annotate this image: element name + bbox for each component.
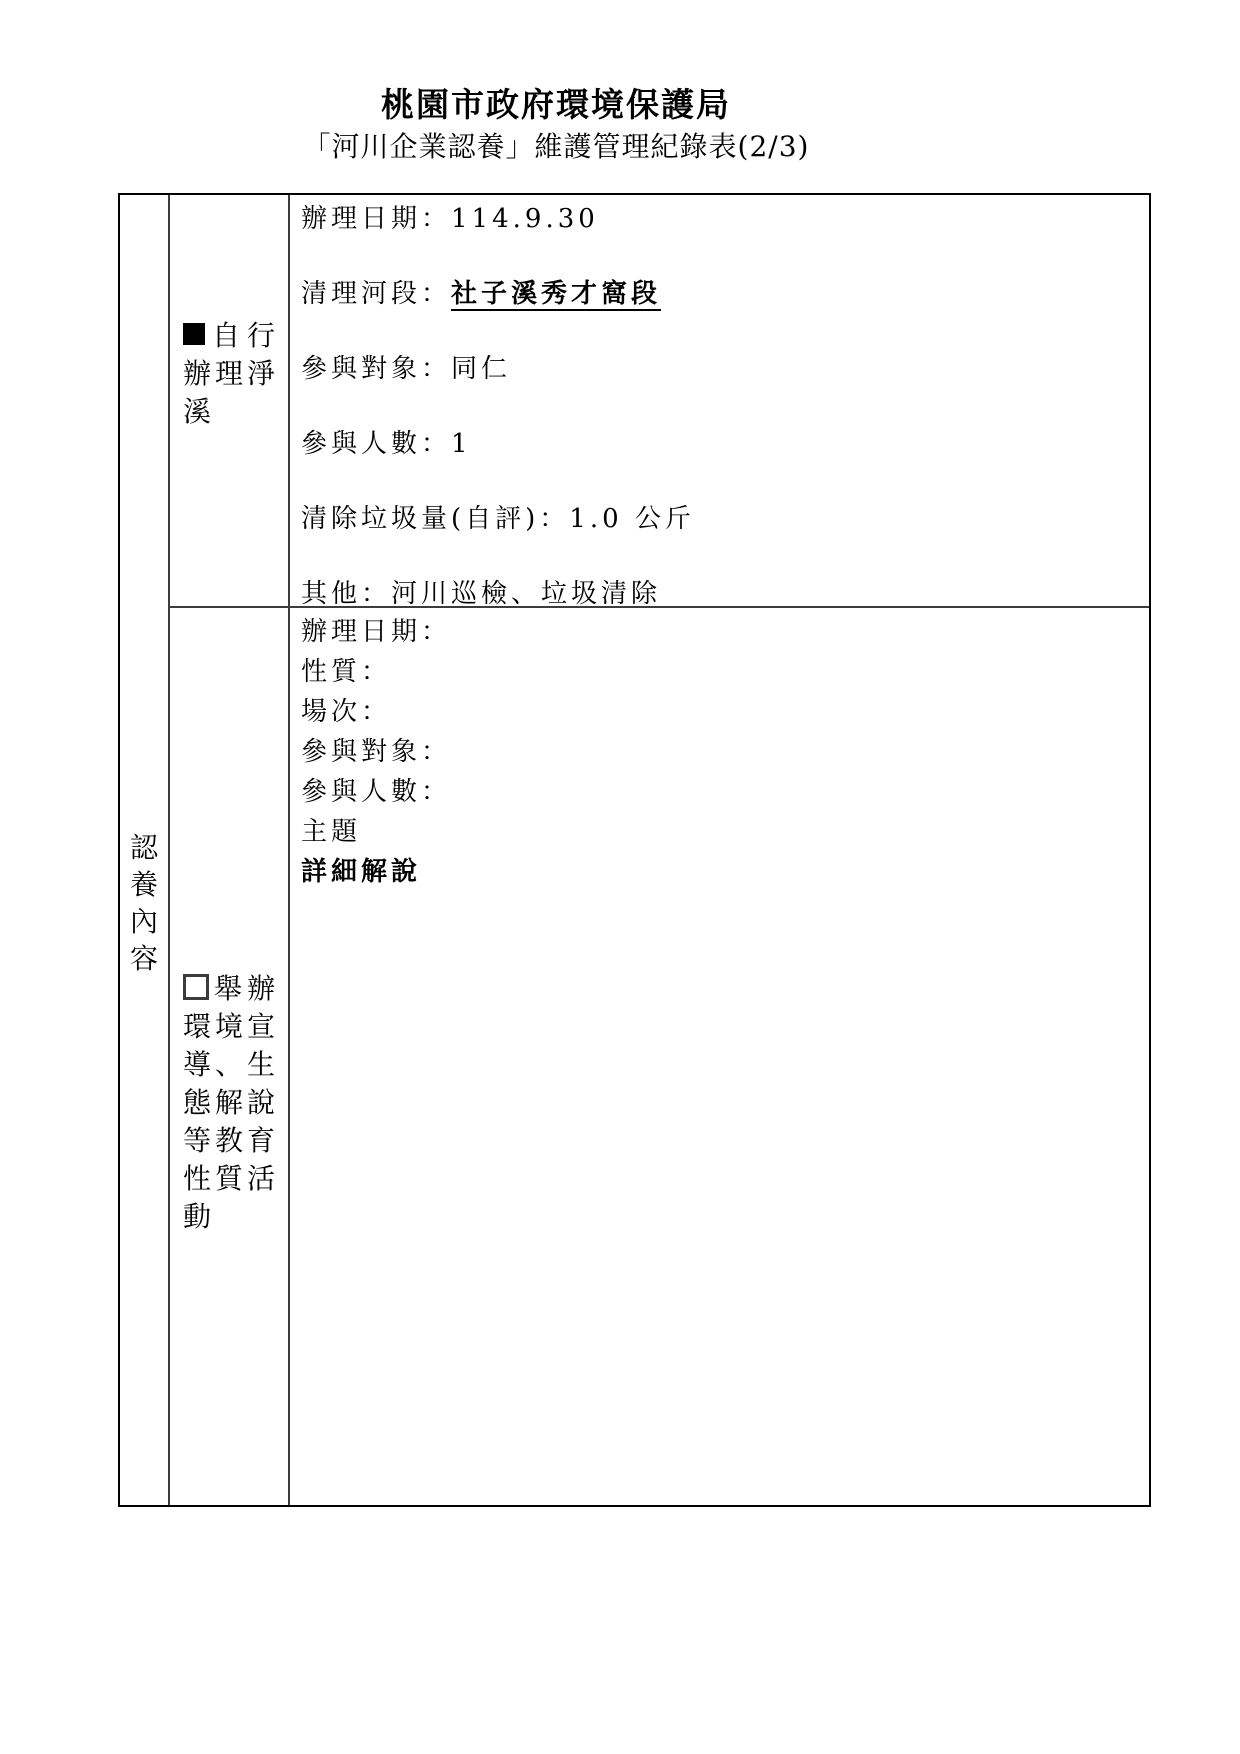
field-value: 1 (451, 429, 472, 459)
field-label: 參與人數： (301, 429, 451, 459)
field-line: 參與對象：同仁 (301, 352, 1133, 386)
document-heading: 桃園市政府環境保護局 「河川企業認養」維護管理紀錄表(2/3) (0, 0, 1112, 166)
field-line: 主題 (301, 812, 1133, 852)
record-table: 認 養 內 容 自行 辦理淨 溪 辦理日期：114.9.30 清理河段：社子 (118, 193, 1151, 1507)
field-line: 參與對象： (301, 732, 1133, 772)
type-label-line: 溪 (183, 391, 275, 429)
type-label-line: 動 (183, 1196, 275, 1234)
field-label: 參與對象： (301, 354, 451, 384)
category-char: 容 (120, 940, 168, 977)
category-char: 認 (120, 829, 168, 866)
page-title: 桃園市政府環境保護局 (0, 84, 1112, 126)
field-value: 同仁 (451, 354, 511, 384)
field-label: 性質： (301, 657, 391, 687)
field-label: 辦理日期： (301, 204, 451, 234)
field-line: 清理河段：社子溪秀才窩段 (301, 277, 1133, 311)
type-label-line: 環境宣 (183, 1006, 275, 1044)
field-label: 清理河段： (301, 279, 451, 309)
type-label-line: 導、生 (183, 1044, 275, 1082)
field-label: 辦理日期： (301, 617, 451, 647)
field-line: 場次： (301, 692, 1133, 732)
checkbox-unchecked-icon[interactable] (183, 974, 209, 1000)
type-label-line: 態解說 (183, 1082, 275, 1120)
field-label: 詳細解說 (301, 857, 421, 887)
field-line: 詳細解說 (301, 852, 1133, 892)
section2-type-cell: 舉辦 環境宣 導、生 態解說 等教育 性質活 動 (170, 606, 290, 1505)
type-label-line: 等教育 (183, 1120, 275, 1158)
field-value: 1.0 公斤 (569, 504, 695, 534)
field-label: 參與人數： (301, 777, 451, 807)
type-label-line: 辦理淨 (183, 353, 275, 391)
field-value: 114.9.30 (451, 204, 599, 234)
field-line: 參與人數：1 (301, 427, 1133, 461)
checkbox-checked-icon[interactable] (183, 323, 205, 345)
category-char: 內 (120, 903, 168, 940)
section1-type-cell: 自行 辦理淨 溪 (170, 195, 290, 606)
section1-content-cell: 辦理日期：114.9.30 清理河段：社子溪秀才窩段 參與對象：同仁 參與人數：… (290, 195, 1149, 606)
page-subtitle: 「河川企業認養」維護管理紀錄表(2/3) (0, 128, 1112, 166)
field-line: 辦理日期：114.9.30 (301, 202, 1133, 236)
field-line: 性質： (301, 652, 1133, 692)
field-label: 清除垃圾量(自評)： (301, 504, 569, 534)
field-label: 場次： (301, 697, 391, 727)
category-cell: 認 養 內 容 (120, 195, 170, 1505)
field-label: 參與對象： (301, 737, 451, 767)
field-value: 河川巡檢、垃圾清除 (391, 579, 661, 609)
field-value: 社子溪秀才窩段 (451, 279, 661, 309)
field-label: 主題 (301, 817, 361, 847)
field-line: 辦理日期： (301, 612, 1133, 652)
type-label-line: 自行 (183, 315, 275, 353)
field-line: 參與人數： (301, 772, 1133, 812)
section2-content-cell: 辦理日期： 性質： 場次： 參與對象： 參與人數： 主題 詳細解說 (290, 606, 1149, 1505)
category-char: 養 (120, 866, 168, 903)
field-label: 其他： (301, 579, 391, 609)
field-line: 清除垃圾量(自評)：1.0 公斤 (301, 502, 1133, 536)
type-label-line: 性質活 (183, 1158, 275, 1196)
type-label-line: 舉辦 (183, 968, 275, 1006)
document-page: 桃園市政府環境保護局 「河川企業認養」維護管理紀錄表(2/3) 認 養 內 容 … (0, 0, 1240, 1754)
